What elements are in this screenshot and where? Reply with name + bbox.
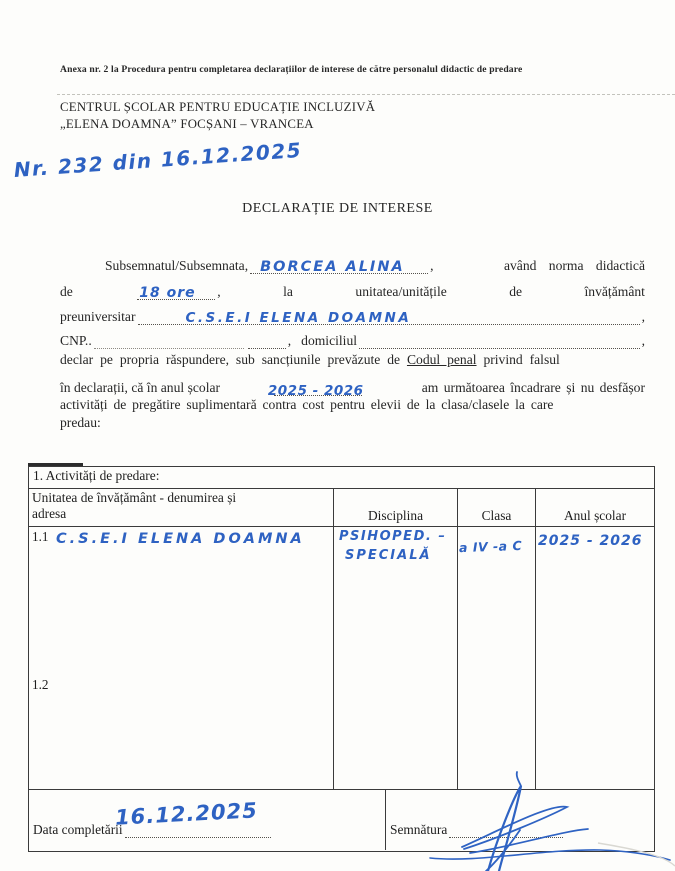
header-unit-line1: Unitatea de învățământ - denumirea și: [32, 490, 236, 506]
paragraph-line-4: CNP.. , domiciliul ,: [60, 329, 645, 349]
discipline-handwritten-line2: SPECIALĂ: [345, 548, 432, 563]
declar-text-tail: privind falsul: [483, 352, 559, 367]
paragraph-line-1: Subsemnatul/Subsemnata, BORCEA ALINA , a…: [60, 254, 645, 274]
la-word: la: [283, 284, 293, 300]
header-unit: Unitatea de învățământ - denumirea și ad…: [29, 489, 334, 526]
header-year: Anul școlar: [536, 489, 654, 526]
scanned-declaration-form: { "document": { "annex_note": "Anexa nr.…: [0, 0, 675, 871]
comma: ,: [642, 333, 645, 349]
registration-number-handwritten: Nr. 232 din 16.12.2025: [13, 138, 303, 182]
domiciliul-label: domiciliul: [301, 333, 357, 349]
an-scolar-text-tail: am următoarea încadrare și nu desfășor: [422, 380, 645, 396]
paragraph-line-5: declar pe propria răspundere, sub sancți…: [60, 352, 645, 372]
name-handwritten: BORCEA ALINA: [260, 259, 405, 275]
institution-line2: „ELENA DOAMNA” FOCȘANI – VRANCEA: [60, 116, 375, 133]
de-word-2: de: [509, 284, 522, 300]
activities-table: 1. Activități de predare: Unitatea de în…: [28, 466, 655, 852]
header-unit-line2: adresa: [32, 506, 236, 522]
table-body: 1.1 C.S.E.I ELENA DOAMNA 1.2 PSIHOPED. –…: [29, 527, 654, 789]
date-label: Data completării: [33, 822, 123, 838]
avand-norma-text: având norma didactică: [504, 258, 645, 274]
cell-year: 2025 - 2026: [536, 527, 654, 789]
cell-signature: Semnătura: [386, 790, 654, 850]
comma: ,: [217, 284, 220, 300]
unitatea-word: unitatea/unitățile: [355, 284, 446, 300]
preuniversitar-word: preuniversitar: [60, 309, 136, 325]
institution-name: CENTRUL ȘCOLAR PENTRU EDUCAȚIE INCLUZIVĂ…: [60, 99, 375, 132]
comma: ,: [430, 258, 433, 274]
class-handwritten: a IV -a C: [459, 538, 523, 555]
signature-label: Semnătura: [390, 822, 447, 838]
cnp-label: CNP..: [60, 333, 92, 349]
row-1-1-label: 1.1: [29, 527, 48, 545]
table-section-title: 1. Activități de predare:: [29, 467, 654, 489]
comma: ,: [288, 333, 291, 349]
de-word: de: [60, 284, 73, 300]
scan-artifact-line: [57, 94, 675, 95]
table-header-row: Unitatea de învățământ - denumirea și ad…: [29, 489, 654, 527]
an-scolar-fill-line: 2025 - 2026: [274, 382, 362, 396]
name-fill-line: BORCEA ALINA: [250, 260, 428, 274]
cell-class: a IV -a C: [458, 527, 536, 789]
paragraph-line-3: preuniversitar C.S.E.I ELENA DOAMNA ,: [60, 305, 645, 325]
discipline-handwritten-line1: PSIHOPED. –: [339, 529, 446, 544]
paragraph-line-8: predau:: [60, 415, 645, 435]
cell-unit: 1.1 C.S.E.I ELENA DOAMNA 1.2: [29, 527, 334, 789]
school-handwritten: C.S.E.I ELENA DOAMNA: [186, 310, 412, 326]
declar-text: declar pe propria răspundere, sub sancți…: [60, 352, 400, 367]
institution-line1: CENTRUL ȘCOLAR PENTRU EDUCAȚIE INCLUZIVĂ: [60, 99, 375, 116]
subsemnatul-label: Subsemnatul/Subsemnata,: [105, 258, 248, 274]
invatamant-word: învățământ: [585, 284, 645, 300]
domiciliul-fill-line: [359, 335, 640, 349]
table-footer-row: Data completării 16.12.2025 Semnătura: [29, 789, 654, 850]
cell-date: Data completării 16.12.2025: [29, 790, 386, 850]
an-scolar-text: în declarații, că în anul școlar: [60, 380, 220, 396]
year-handwritten: 2025 - 2026: [538, 533, 643, 549]
page-title: DECLARAȚIE DE INTERESE: [0, 201, 675, 217]
header-class: Clasa: [458, 489, 536, 526]
cnp-fill-line-2: [248, 335, 286, 349]
codul-penal-underlined: Codul penal: [407, 352, 477, 367]
cell-discipline: PSIHOPED. – SPECIALĂ: [334, 527, 458, 789]
paragraph-line-7: activități de pregătire suplimentară con…: [60, 397, 645, 417]
paragraph-line-6: în declarații, că în anul școlar 2025 - …: [60, 376, 645, 396]
paragraph-line-2: de 18 ore , la unitatea/unitățile de înv…: [60, 280, 645, 300]
signature-fill-line: [449, 824, 563, 838]
cnp-fill-line: [94, 335, 244, 349]
annex-note: Anexa nr. 2 la Procedura pentru completa…: [60, 64, 640, 75]
comma: ,: [642, 309, 645, 325]
header-discipline: Disciplina: [334, 489, 458, 526]
hours-handwritten: 18 ore: [139, 285, 195, 301]
row-1-2-label: 1.2: [29, 675, 48, 693]
school-fill-line: C.S.E.I ELENA DOAMNA: [138, 311, 640, 325]
unit-handwritten: C.S.E.I ELENA DOAMNA: [56, 531, 305, 547]
hours-fill-line: 18 ore: [137, 286, 215, 300]
